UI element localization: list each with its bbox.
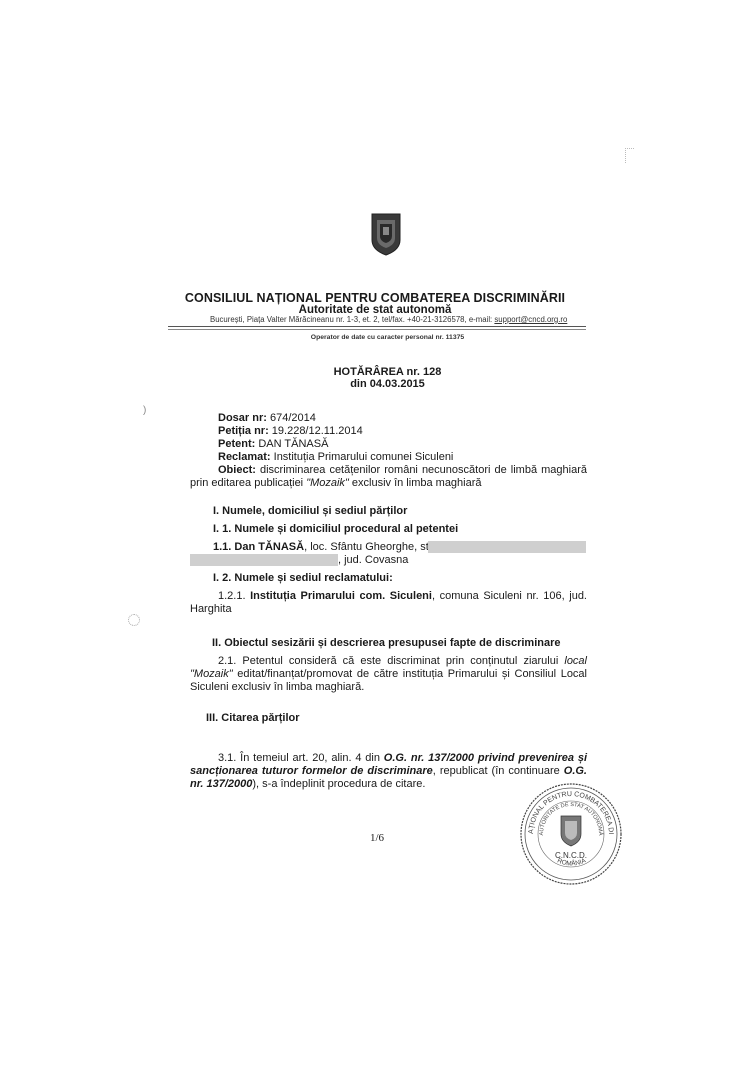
- data-operator-note: Operator de date cu caracter personal nr…: [0, 334, 750, 341]
- institution-address: București, Piața Valter Mărăcineanu nr. …: [210, 315, 567, 324]
- obiect-paragraph: Obiect: discriminarea cetățenilor români…: [190, 464, 587, 490]
- redaction-box: [190, 554, 338, 566]
- section-1-1-title: I. 1. Numele și domiciliul procedural al…: [213, 523, 458, 535]
- section-2-paragraph: 2.1. Petentul consideră că este discrimi…: [190, 655, 587, 694]
- scan-artifact: [625, 148, 634, 163]
- page-number: 1/6: [370, 832, 384, 844]
- reclamat-address-paragraph: 1.2.1. Instituția Primarului com. Sicule…: [190, 590, 587, 616]
- section-1-title: I. Numele, domiciliul și sediul părților: [213, 505, 407, 517]
- section-2-title: II. Obiectul sesizării și descrierea pre…: [212, 637, 560, 649]
- official-stamp-icon: CONSILIUL NAȚIONAL PENTRU COMBATEREA DIS…: [519, 782, 624, 887]
- institution-name: CONSILIUL NAȚIONAL PENTRU COMBATEREA DIS…: [0, 291, 750, 305]
- petent-line: Petent: DAN TĂNASĂ: [218, 438, 328, 450]
- coat-of-arms-icon: [369, 212, 403, 256]
- scan-artifact: ): [143, 405, 146, 416]
- petent-address-line: 1.1. Dan TĂNASĂ, loc. Sfântu Gheorghe, s…: [213, 541, 435, 553]
- header-divider-thin: [168, 329, 586, 330]
- reclamat-line: Reclamat: Instituția Primarului comunei …: [218, 451, 453, 463]
- dosar-line: Dosar nr: 674/2014: [218, 412, 316, 424]
- decision-title: HOTĂRÂREA nr. 128: [0, 366, 750, 378]
- petent-county: , jud. Covasna: [338, 554, 408, 566]
- email-link[interactable]: support@cncd.org.ro: [494, 315, 567, 324]
- section-1-2-title: I. 2. Numele și sediul reclamatului:: [213, 572, 393, 584]
- scan-artifact-hole: [128, 614, 140, 626]
- header-divider: [168, 326, 586, 327]
- petitia-line: Petiția nr: 19.228/12.11.2014: [218, 425, 363, 437]
- decision-date: din 04.03.2015: [0, 378, 750, 390]
- redaction-box: [428, 541, 586, 553]
- section-3-title: III. Citarea părților: [206, 712, 300, 724]
